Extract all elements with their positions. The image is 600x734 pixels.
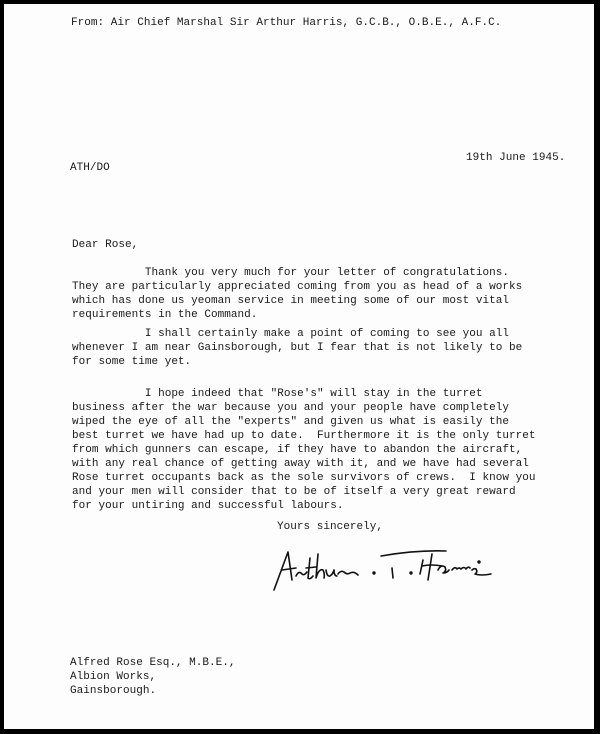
text-line: for some time yet. — [72, 355, 592, 369]
text-line: I shall certainly make a point of coming… — [72, 327, 592, 341]
address-line: Albion Works, — [70, 670, 236, 684]
address-line: Alfred Rose Esq., M.B.E., — [70, 656, 236, 670]
text-line: and your men will consider that to be of… — [72, 485, 592, 499]
from-line: From: Air Chief Marshal Sir Arthur Harri… — [71, 16, 501, 30]
recipient-address: Alfred Rose Esq., M.B.E., Albion Works, … — [70, 656, 236, 698]
text-line: for your untiring and successful labours… — [72, 499, 592, 513]
closing: Yours sincerely, — [277, 520, 383, 534]
letter-date: 19th June 1945. — [466, 151, 565, 165]
text-line: requirements in the Command. — [72, 308, 592, 322]
text-line: They are particularly appreciated coming… — [72, 280, 592, 294]
text-line: which has done us yeoman service in meet… — [72, 294, 592, 308]
salutation: Dear Rose, — [72, 238, 138, 252]
reference-code: ATH/DO — [70, 161, 110, 175]
paragraph-1: Thank you very much for your letter of c… — [72, 266, 592, 322]
address-line: Gainsborough. — [70, 684, 236, 698]
text-line: I hope indeed that "Rose's" will stay in… — [72, 387, 592, 401]
handwritten-signature — [266, 540, 516, 596]
paragraph-2: I shall certainly make a point of coming… — [72, 327, 592, 369]
text-line: Thank you very much for your letter of c… — [72, 266, 592, 280]
paragraph-3: I hope indeed that "Rose's" will stay in… — [72, 387, 592, 513]
text-line: wiped the eye of all the "experts" and g… — [72, 415, 592, 429]
text-line: business after the war because you and y… — [72, 401, 592, 415]
text-line: from which gunners can escape, if they h… — [72, 443, 592, 457]
text-line: Rose turret occupants back as the sole s… — [72, 471, 592, 485]
text-line: whenever I am near Gainsborough, but I f… — [72, 341, 592, 355]
letter-page: From: Air Chief Marshal Sir Arthur Harri… — [4, 4, 594, 729]
text-line: best turret we have had up to date. Furt… — [72, 429, 592, 443]
text-line: with any real chance of getting away wit… — [72, 457, 592, 471]
